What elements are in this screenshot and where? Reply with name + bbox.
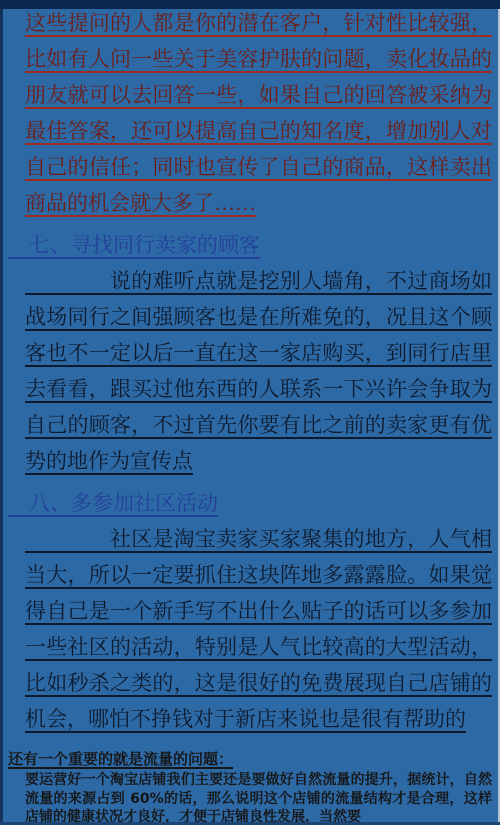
document-page: 这些提问的人都是你的潜在客户，针对性比较强，比如有人问一些关于美容护肤的问题，卖… (0, 0, 500, 825)
heading-section-7: 七、寻找同行卖家的顾客 (8, 227, 492, 263)
document-body: 这些提问的人都是你的潜在客户，针对性比较强，比如有人问一些关于美容护肤的问题，卖… (25, 5, 492, 737)
paragraph-intro-qa-promotion: 这些提问的人都是你的潜在客户，针对性比较强，比如有人问一些关于美容护肤的问题，卖… (25, 5, 492, 221)
paragraph-section-7: 说的难听点就是挖别人墙角，不过商场如战场同行之间强顾客也是在所难免的，况且这个顾… (25, 263, 492, 479)
traffic-note-title: 还有一个重要的就是流量的问题： (8, 749, 492, 769)
page-left-edge (0, 0, 3, 825)
heading-section-8: 八、多参加社区活动 (8, 485, 492, 521)
paragraph-section-8: 社区是淘宝卖家买家聚集的地方，人气相当大，所以一定要抓住这块阵地多露露脸。如果觉… (25, 521, 492, 737)
traffic-note-body: 要运营好一个淘宝店铺我们主要还是要做好自然流量的提升，据统计，自然流量的来源占到… (25, 771, 492, 825)
traffic-note: 还有一个重要的就是流量的问题： 要运营好一个淘宝店铺我们主要还是要做好自然流量的… (25, 749, 492, 825)
page-top-border (0, 0, 500, 9)
page-content: 这些提问的人都是你的潜在客户，针对性比较强，比如有人问一些关于美容护肤的问题，卖… (0, 9, 500, 825)
